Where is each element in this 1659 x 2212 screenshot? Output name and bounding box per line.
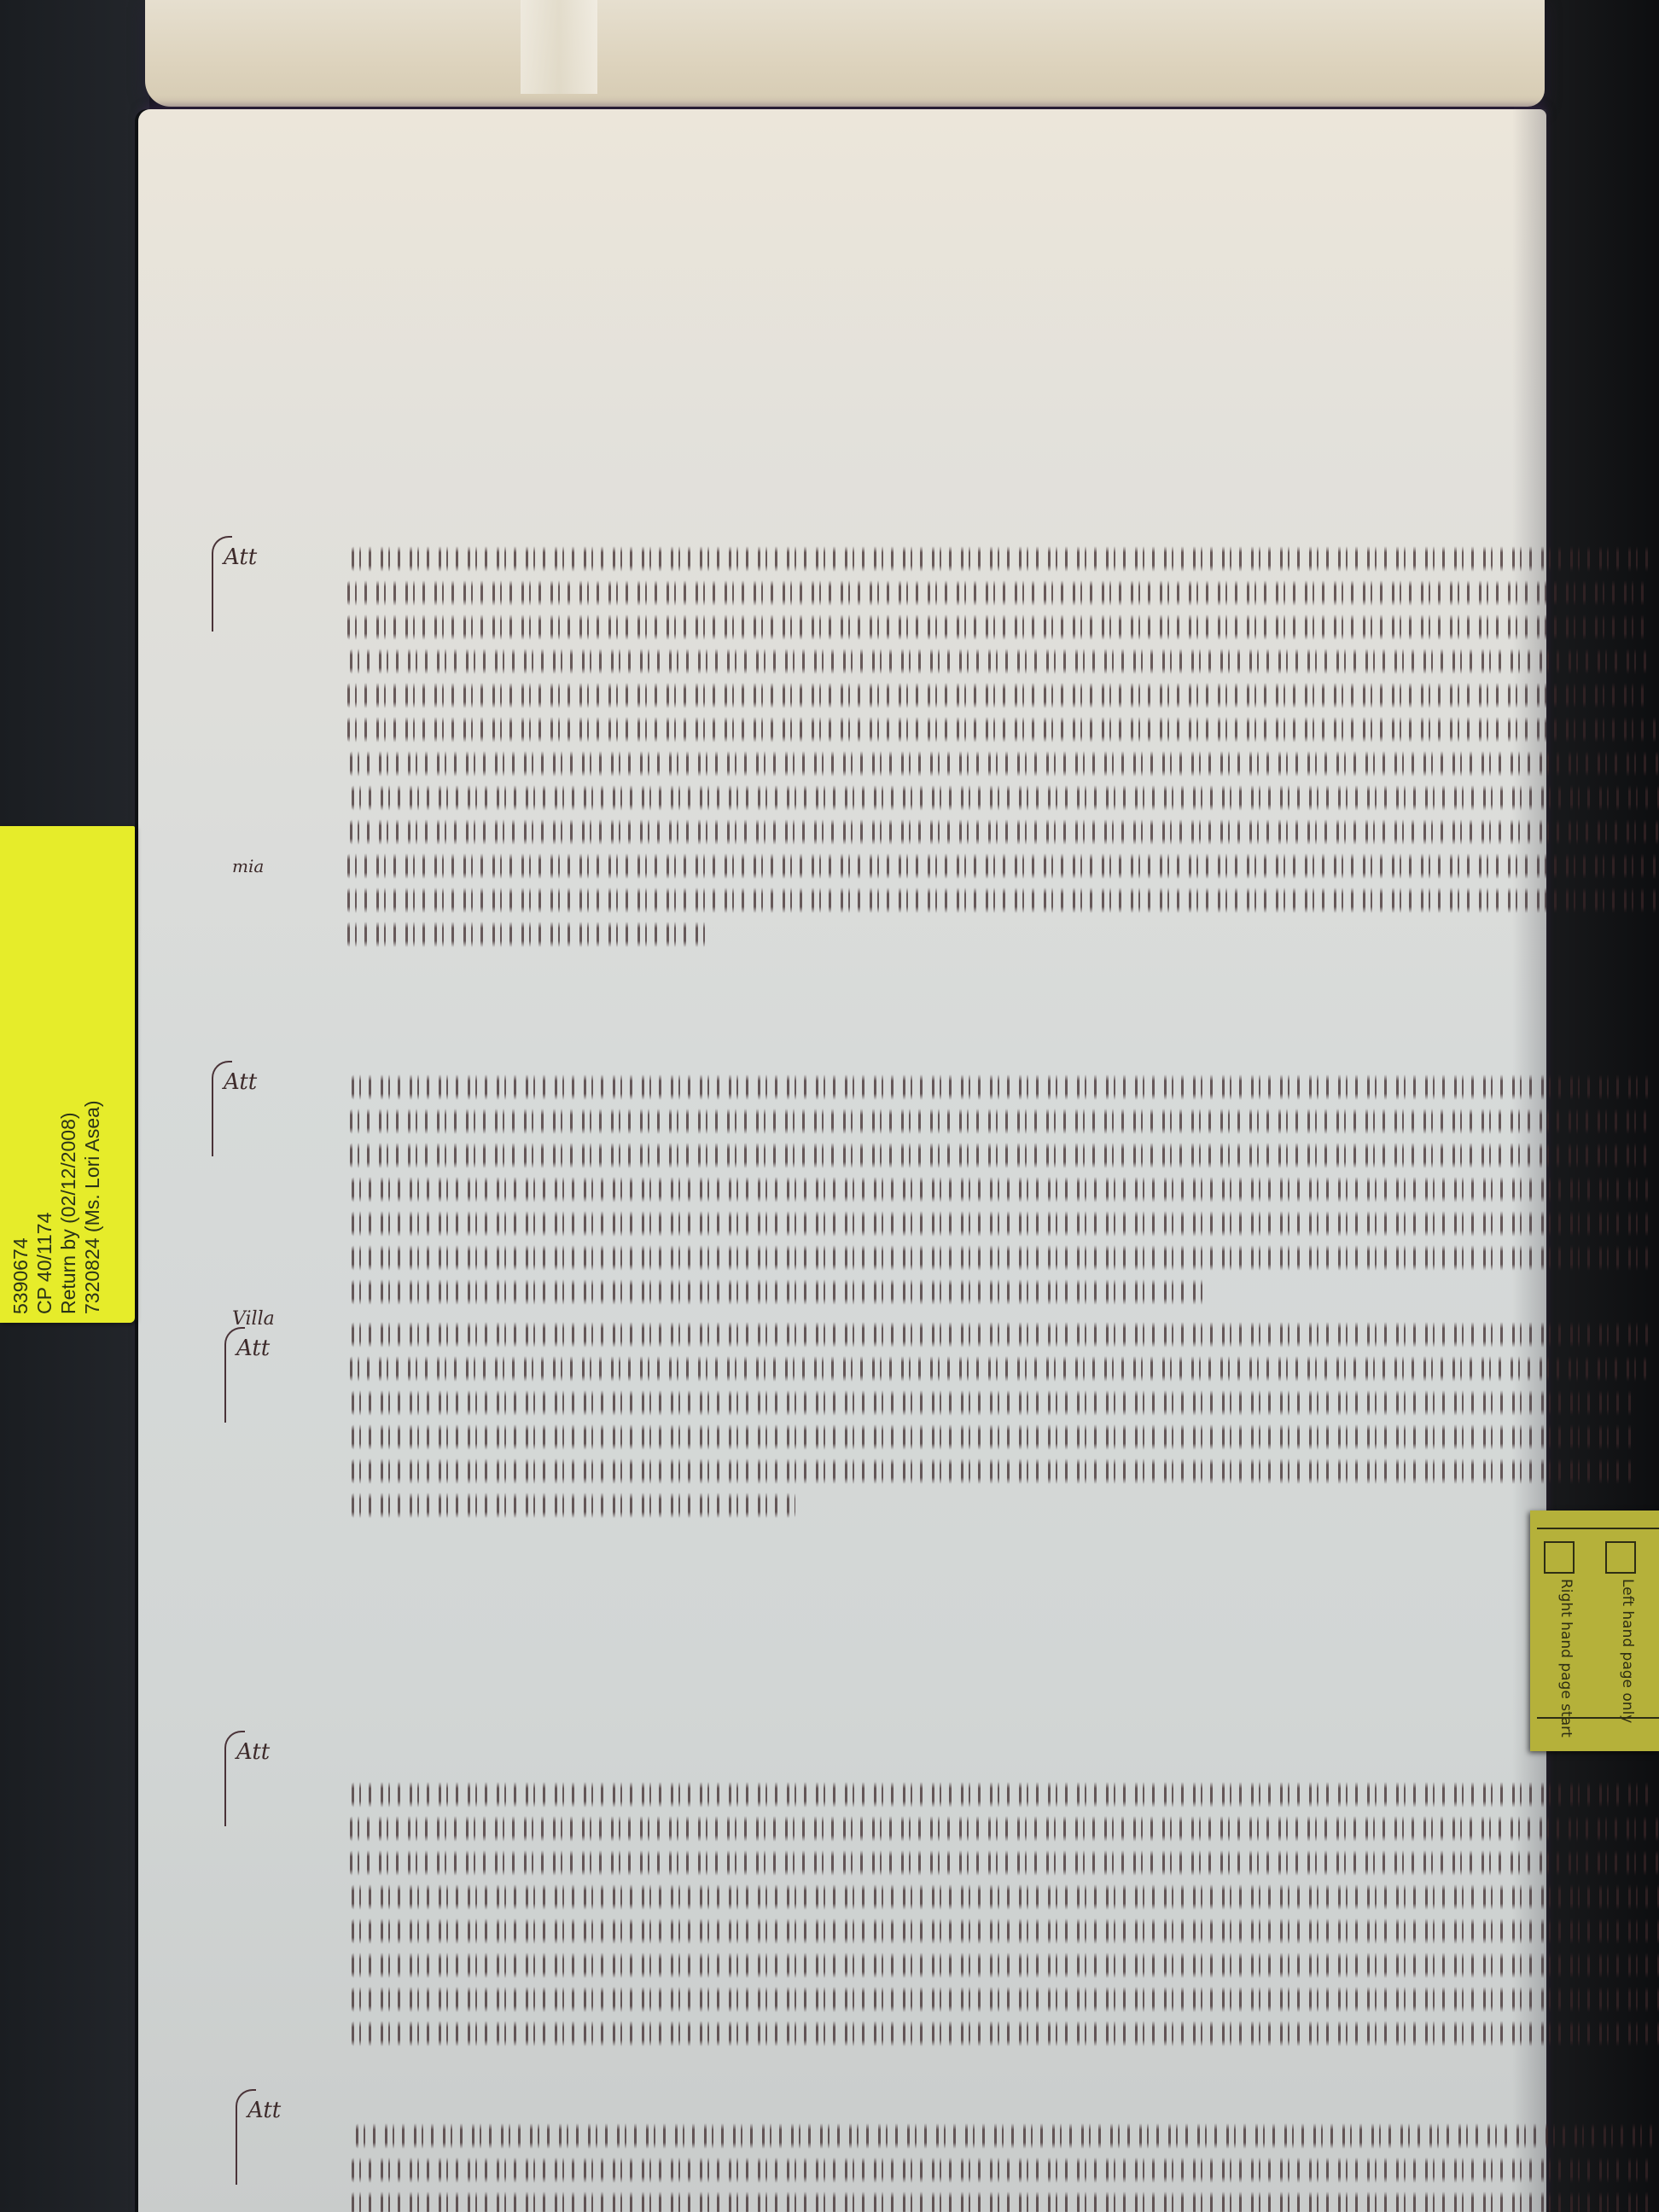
handwritten-line bbox=[347, 717, 1659, 742]
page-marker-options: Right hand page start Left hand page onl… bbox=[1537, 1528, 1659, 1719]
handwritten-line bbox=[352, 546, 1657, 572]
handwritten-line bbox=[347, 614, 1653, 640]
checkbox-icon bbox=[1605, 1541, 1636, 1574]
handwritten-line bbox=[350, 751, 1659, 777]
page-marker-option-left-hand: Left hand page only bbox=[1602, 1538, 1639, 1743]
handwritten-line bbox=[352, 1953, 1659, 1978]
handwritten-line bbox=[350, 649, 1656, 674]
handwritten-line bbox=[352, 1918, 1659, 1944]
handwritten-line bbox=[352, 1458, 1632, 1484]
handwritten-line bbox=[352, 2157, 1657, 2183]
handwritten-line bbox=[350, 1356, 1647, 1382]
margin-note: Att bbox=[224, 544, 257, 570]
handwritten-line bbox=[352, 1782, 1657, 1807]
margin-note: Att bbox=[236, 1739, 270, 1765]
tag-reference-number: 5390674 bbox=[9, 836, 32, 1314]
handwritten-line bbox=[352, 1322, 1649, 1348]
handwritten-line bbox=[347, 922, 706, 947]
handwritten-line bbox=[352, 1493, 795, 1518]
page-marker-tag: Right hand page start Left hand page onl… bbox=[1530, 1511, 1659, 1751]
membrane-seam bbox=[521, 0, 597, 94]
margin-note: Att bbox=[224, 1069, 257, 1095]
margin-note-secondary: mia bbox=[232, 856, 264, 876]
library-tag-text: 5390674 CP 40/1174 Return by (02/12/2008… bbox=[9, 836, 104, 1314]
margin-note: Att bbox=[247, 2098, 281, 2123]
handwritten-line bbox=[352, 1074, 1657, 1100]
handwritten-line bbox=[352, 1390, 1632, 1416]
handwritten-line bbox=[350, 819, 1659, 845]
handwritten-line bbox=[352, 785, 1659, 811]
tag-return-date: Return by (02/12/2008) bbox=[56, 836, 80, 1314]
handwritten-line bbox=[352, 1987, 1659, 2012]
handwritten-line bbox=[347, 888, 1659, 913]
folded-membrane-top bbox=[145, 0, 1545, 107]
handwritten-line bbox=[350, 1816, 1659, 1842]
handwritten-line bbox=[347, 853, 1659, 879]
handwritten-line bbox=[347, 683, 1653, 708]
handwritten-line bbox=[352, 2021, 1659, 2046]
handwritten-line bbox=[352, 1245, 1657, 1271]
handwritten-line bbox=[352, 1177, 1657, 1202]
handwritten-line bbox=[352, 1279, 1205, 1305]
handwritten-line bbox=[347, 580, 1644, 606]
handwritten-line bbox=[352, 2192, 1657, 2212]
library-request-tag: 5390674 CP 40/1174 Return by (02/12/2008… bbox=[0, 826, 135, 1323]
handwritten-line bbox=[350, 1143, 1647, 1168]
handwritten-line bbox=[352, 1211, 1657, 1237]
tag-reader-ticket: 7320824 (Ms. Lori Asea) bbox=[80, 836, 104, 1314]
tag-document-reference: CP 40/1174 bbox=[32, 836, 56, 1314]
margin-note: Att bbox=[236, 1336, 270, 1361]
handwritten-line bbox=[352, 1424, 1632, 1450]
handwritten-line bbox=[352, 1884, 1659, 1910]
page-marker-option-right-hand: Right hand page start bbox=[1540, 1538, 1578, 1743]
manuscript-membrane: Att mia Att Villa Att bbox=[138, 109, 1546, 2212]
handwritten-line bbox=[356, 2123, 1659, 2149]
handwritten-line bbox=[350, 1109, 1647, 1134]
handwritten-line bbox=[350, 1850, 1659, 1876]
checkbox-icon bbox=[1544, 1541, 1575, 1574]
